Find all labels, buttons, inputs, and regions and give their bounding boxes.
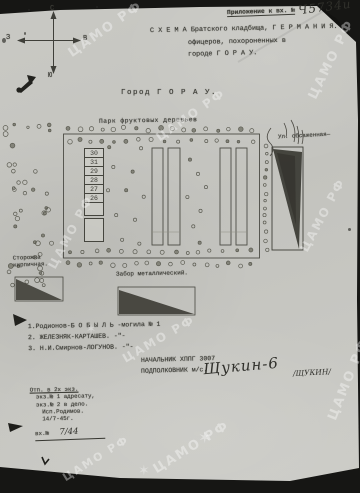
tree-circle xyxy=(182,128,186,132)
fence-label: Забор металлический. xyxy=(116,269,188,277)
tree-circle xyxy=(119,249,123,253)
copies-block: Отп. в 2х экз.экз.№ 1 адресату,экз.№ 2 в… xyxy=(30,385,96,423)
tree-circle xyxy=(217,129,220,132)
tree-circle xyxy=(190,139,193,142)
legend-arrow-mark xyxy=(13,314,27,326)
tree-circle xyxy=(37,124,41,128)
paper-speck xyxy=(348,228,351,231)
grave-rows xyxy=(152,148,247,245)
paper-speck xyxy=(24,32,26,35)
tree-circle xyxy=(146,129,150,133)
tree-circle xyxy=(31,188,35,192)
tree-circle xyxy=(15,216,19,220)
tree-circle xyxy=(196,172,199,175)
tree-circle xyxy=(66,126,70,130)
tree-circle xyxy=(68,251,71,254)
tree-circle xyxy=(265,168,268,171)
tree-circle xyxy=(13,123,16,126)
tree-circle xyxy=(7,163,12,168)
tree-circle xyxy=(89,127,93,131)
tree-circle xyxy=(264,199,267,202)
tree-circle xyxy=(265,192,268,195)
tree-circle xyxy=(17,181,21,185)
tree-circle xyxy=(106,189,109,192)
tree-circle xyxy=(263,184,266,187)
ink-arrow-mark xyxy=(16,75,36,93)
tree-circle xyxy=(226,261,230,265)
tree-circle xyxy=(7,270,11,274)
structure-label: Сторожкакирпичная. xyxy=(13,254,48,268)
tree-circle xyxy=(205,140,208,143)
tree-circle xyxy=(196,250,200,254)
grave-number-column: 303129282726 xyxy=(84,149,104,242)
compass-north-label: С xyxy=(50,5,54,13)
tree-circle xyxy=(131,170,134,173)
tree-circle xyxy=(236,249,239,252)
tree-circle xyxy=(188,158,191,161)
tree-circle xyxy=(249,248,253,252)
tree-circle xyxy=(163,140,166,143)
tree-circle xyxy=(124,139,128,143)
tree-circle xyxy=(198,241,201,244)
compass-west-label: З xyxy=(6,34,10,42)
tree-circle xyxy=(115,213,118,216)
tree-circle xyxy=(192,225,195,228)
tree-circle xyxy=(78,137,82,141)
tree-circle xyxy=(263,221,266,224)
incoming-label: вх.№ xyxy=(35,430,49,437)
tree-circle xyxy=(216,264,219,267)
tree-circle xyxy=(226,140,229,143)
tree-circle xyxy=(95,249,99,253)
tree-circle xyxy=(204,127,208,131)
tree-circle xyxy=(89,140,92,143)
tree-circle xyxy=(89,262,92,265)
tree-circle xyxy=(78,127,83,132)
grave-empty-box xyxy=(84,202,104,216)
structure-profile xyxy=(15,277,63,301)
tree-circle xyxy=(186,195,189,198)
tree-circle xyxy=(77,263,81,267)
paper-speck xyxy=(28,9,30,11)
fence-profile xyxy=(118,287,195,315)
tree-circle xyxy=(263,213,266,216)
tree-circle xyxy=(215,139,218,142)
tree-circle xyxy=(237,140,240,143)
tree-circle xyxy=(264,144,268,148)
tree-circle xyxy=(135,127,138,130)
tree-circle xyxy=(149,137,153,141)
tree-circle xyxy=(139,147,142,150)
compass-east-label: В xyxy=(83,35,87,43)
tree-circle xyxy=(121,238,124,241)
tree-circle xyxy=(13,163,16,166)
tree-circle xyxy=(123,263,127,267)
tree-circle xyxy=(101,128,104,131)
tree-circle xyxy=(177,140,180,143)
tree-circle xyxy=(227,127,231,131)
tree-circle xyxy=(99,261,102,264)
tree-circle xyxy=(208,249,211,252)
tree-circle xyxy=(133,218,136,221)
city-title: Город Г О Р А У. xyxy=(121,89,217,97)
tree-circle xyxy=(147,250,151,254)
paper-speck xyxy=(96,6,98,8)
compass-south-label: Ю xyxy=(48,72,52,80)
tree-circle xyxy=(204,186,207,189)
tree-circle xyxy=(46,208,50,212)
tree-circle xyxy=(186,251,189,254)
tree-circle xyxy=(264,239,268,243)
tree-circle xyxy=(239,127,244,132)
tree-circle xyxy=(3,132,8,137)
incoming-number-line: вх.№ 7/44 xyxy=(35,420,106,441)
tree-circle xyxy=(145,261,149,265)
paper-speck xyxy=(2,38,6,43)
tree-circle xyxy=(263,176,266,179)
tree-circle xyxy=(113,141,116,144)
tree-circle xyxy=(25,280,29,284)
tree-circle xyxy=(111,127,116,132)
tree-circle xyxy=(170,126,174,130)
tree-circle xyxy=(125,189,128,192)
tree-circle xyxy=(23,180,27,184)
tree-circle xyxy=(23,191,27,195)
tree-circle xyxy=(27,126,29,128)
tree-circle xyxy=(42,284,45,287)
title-line3: городе Г О Р А У. xyxy=(188,49,258,59)
tree-circle xyxy=(265,152,268,155)
tree-circle xyxy=(156,262,160,266)
incoming-number-handwritten: 7/44 xyxy=(59,427,78,438)
tree-circle xyxy=(193,263,196,266)
tree-circle xyxy=(108,146,111,149)
tree-circle xyxy=(265,161,268,164)
tree-circle xyxy=(251,140,255,144)
tree-circle xyxy=(263,207,266,210)
tree-circle xyxy=(81,250,84,253)
grave-empty-box xyxy=(84,218,104,242)
tree-circle xyxy=(100,139,104,143)
tree-circle xyxy=(50,241,54,245)
tree-circle xyxy=(121,125,125,129)
tree-circle xyxy=(133,250,137,254)
tree-circle xyxy=(11,169,15,173)
tree-circle xyxy=(68,139,73,144)
tree-circle xyxy=(249,262,252,265)
tree-circle xyxy=(111,263,116,268)
tree-circle xyxy=(45,192,48,195)
tree-circle xyxy=(47,123,51,127)
tree-circle xyxy=(107,248,111,252)
tree-circle xyxy=(43,212,46,215)
tree-circle xyxy=(41,234,44,237)
tree-circle xyxy=(264,230,267,233)
tree-circle xyxy=(66,261,70,265)
tree-circle xyxy=(14,225,17,228)
tree-circle xyxy=(250,129,254,133)
check-mark xyxy=(42,457,49,464)
tree-circle xyxy=(239,264,243,268)
tree-circle xyxy=(137,138,141,142)
tree-circle xyxy=(142,195,145,198)
tree-circle xyxy=(138,242,141,245)
tree-circle xyxy=(34,170,38,174)
structure-label-line: кирпичная. xyxy=(13,261,48,269)
tree-circle xyxy=(221,250,224,253)
tree-circle xyxy=(135,261,139,265)
legend-block: 1.Родионов-Б О Б Ы Л Ь -могила № 12. ЖЕЛ… xyxy=(28,319,161,354)
legend-item: 3. Н.И.Смирнов-ЛОГУНОВ. -"- xyxy=(28,341,161,354)
tree-circle xyxy=(159,126,164,131)
tree-circle xyxy=(199,209,202,212)
tree-circle xyxy=(192,128,196,132)
tree-circle xyxy=(160,250,164,254)
tree-circle xyxy=(48,129,51,132)
scanned-document-photo: С Ю З В Приложение к вх. № Ч5734и С Х Е … xyxy=(0,0,360,493)
tree-circle xyxy=(175,250,179,254)
tree-circle xyxy=(11,283,15,287)
tree-circle xyxy=(13,212,17,216)
tree-circle xyxy=(40,279,44,283)
tree-circle xyxy=(205,263,209,267)
tree-circle xyxy=(266,248,269,251)
compass-rose xyxy=(17,11,81,74)
tree-circle xyxy=(3,125,8,130)
tree-circle xyxy=(181,261,185,265)
tree-circle xyxy=(19,209,22,212)
tree-circle xyxy=(112,165,115,168)
tree-circle xyxy=(35,278,40,283)
footer-arrow-mark xyxy=(8,423,23,432)
tree-circle xyxy=(169,262,173,266)
tree-circle xyxy=(10,143,15,148)
